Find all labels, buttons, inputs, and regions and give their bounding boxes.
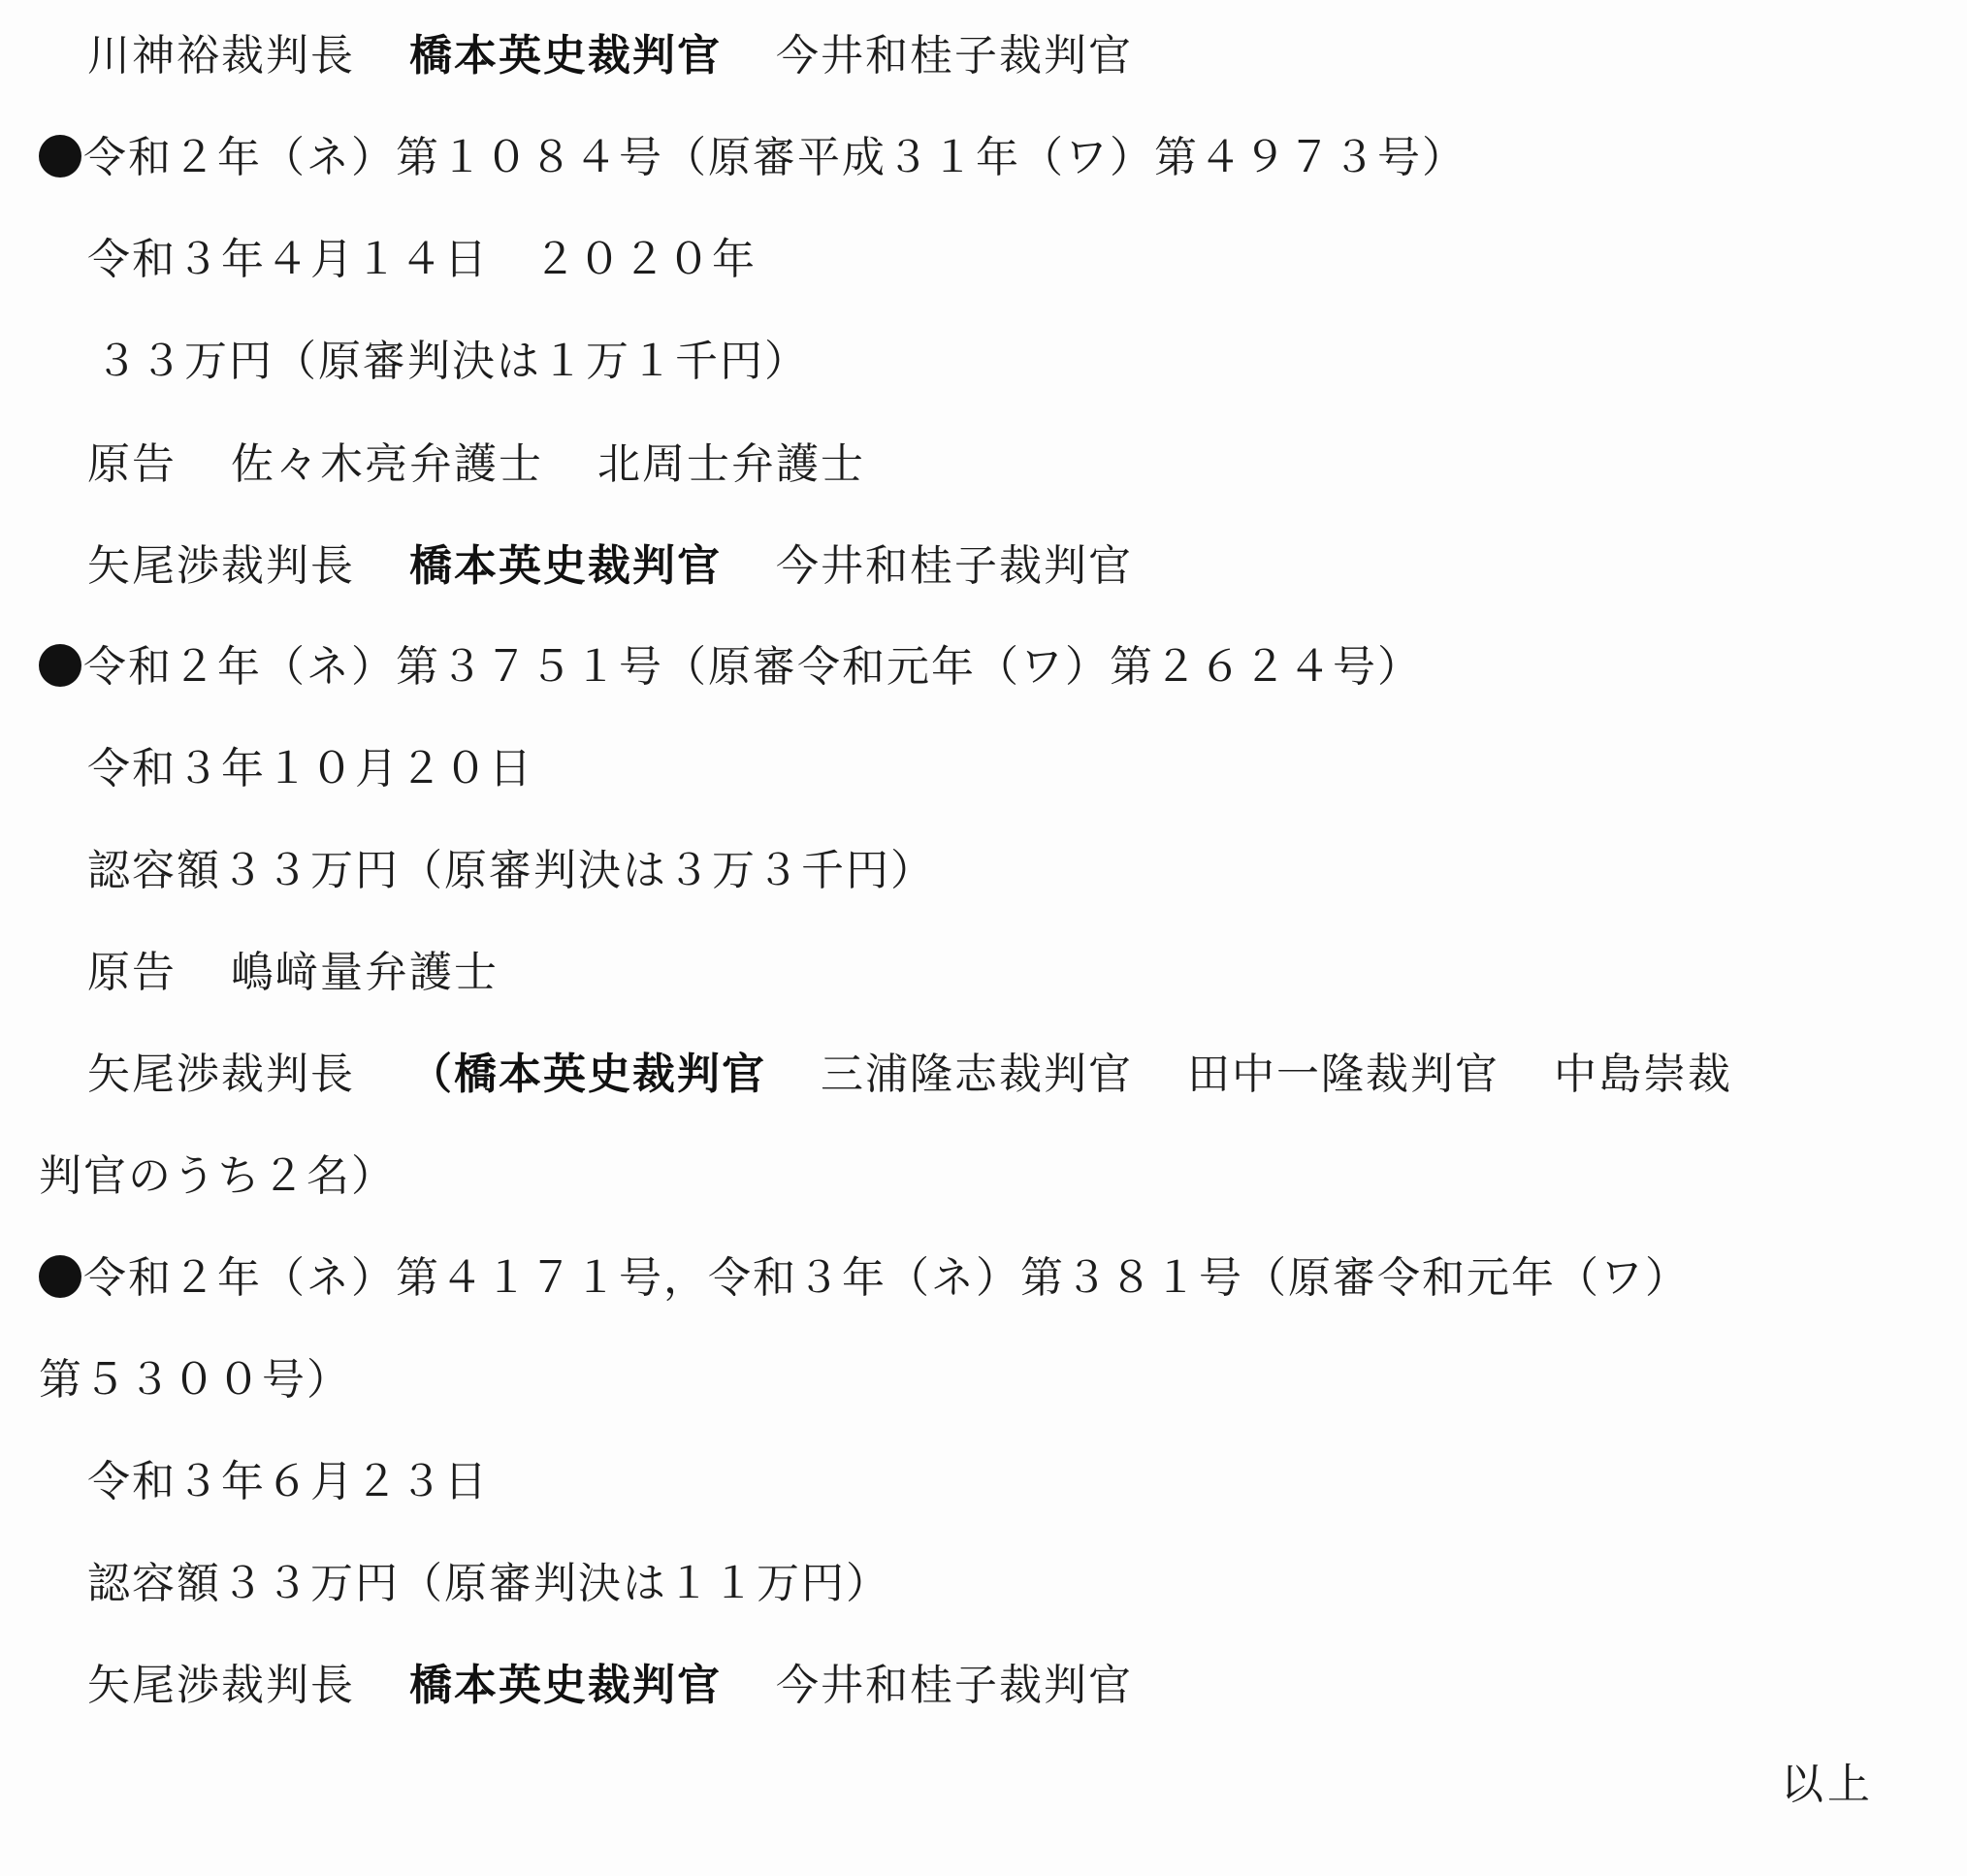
award-amount: 認容額３３万円（原審判決は１１万円） xyxy=(87,1557,890,1611)
bullet-icon xyxy=(39,135,81,178)
associate-judge: 中島崇裁 xyxy=(1554,1050,1732,1099)
associate-judge: 今井和桂子裁判官 xyxy=(776,1661,1133,1710)
plaintiff-counsel-line: 原告嶋﨑量弁護士 xyxy=(87,946,499,1000)
case-number: 令和２年（ネ）第１０８４号（原審平成３１年（ワ）第４９７３号） xyxy=(83,133,1467,182)
document-page: 川神裕裁判長橋本英史裁判官今井和桂子裁判官 令和２年（ネ）第１０８４号（原審平成… xyxy=(0,0,1967,1876)
lawyer-name: 嶋﨑量弁護士 xyxy=(231,948,499,997)
closing-mark: 以上 xyxy=(1781,1758,1874,1812)
bullet-icon xyxy=(39,644,81,687)
associate-judge: 三浦隆志裁判官 xyxy=(821,1050,1133,1099)
judges-line-continuation: 判官のうち２名） xyxy=(39,1149,396,1204)
presiding-judge: 川神裕裁判長 xyxy=(87,31,355,81)
highlighted-judge: 橋本英史裁判官 xyxy=(409,1661,722,1710)
lawyer-name: 佐々木亮弁護士 xyxy=(231,439,543,489)
highlighted-judge: 橋本英史裁判官 xyxy=(409,541,722,591)
plaintiff-label: 原告 xyxy=(87,439,177,489)
associate-judge: 今井和桂子裁判官 xyxy=(776,31,1133,81)
judges-line: 矢尾渉裁判長（橋本英史裁判官三浦隆志裁判官田中一隆裁判官中島崇裁 xyxy=(87,1048,1732,1102)
judges-line: 矢尾渉裁判長橋本英史裁判官今井和桂子裁判官 xyxy=(87,1659,1133,1713)
open-paren: （ xyxy=(409,1050,454,1099)
case-number: 令和２年（ネ）第４１７１号，令和３年（ネ）第３８１号（原審令和元年（ワ） xyxy=(83,1253,1690,1303)
judgment-date: 令和３年４月１４日 ２０２０年 xyxy=(87,233,757,287)
bullet-icon xyxy=(39,1255,81,1298)
case-number: 令和２年（ネ）第３７５１号（原審令和元年（ワ）第２６２４号） xyxy=(83,642,1422,692)
presiding-judge: 矢尾渉裁判長 xyxy=(87,1050,355,1099)
case-number-continuation: 第５３００号） xyxy=(39,1353,351,1407)
case-number-line: 令和２年（ネ）第３７５１号（原審令和元年（ワ）第２６２４号） xyxy=(39,640,1422,695)
plaintiff-label: 原告 xyxy=(87,948,177,997)
presiding-judge: 矢尾渉裁判長 xyxy=(87,1661,355,1710)
case-number-line: 令和２年（ネ）第４１７１号，令和３年（ネ）第３８１号（原審令和元年（ワ） xyxy=(39,1251,1690,1306)
associate-judge: 田中一隆裁判官 xyxy=(1187,1050,1499,1099)
lawyer-name: 北周士弁護士 xyxy=(597,439,865,489)
case-number-line: 令和２年（ネ）第１０８４号（原審平成３１年（ワ）第４９７３号） xyxy=(39,131,1467,185)
judges-line: 川神裕裁判長橋本英史裁判官今井和桂子裁判官 xyxy=(87,29,1133,83)
highlighted-judge: 橋本英史裁判官 xyxy=(454,1050,766,1099)
award-amount: ３３万円（原審判決は１万１千円） xyxy=(95,335,809,389)
judgment-date: 令和３年１０月２０日 xyxy=(87,742,533,796)
highlighted-judge: 橋本英史裁判官 xyxy=(409,31,722,81)
judges-line: 矢尾渉裁判長橋本英史裁判官今井和桂子裁判官 xyxy=(87,539,1133,594)
judgment-date: 令和３年６月２３日 xyxy=(87,1455,489,1509)
plaintiff-counsel-line: 原告佐々木亮弁護士北周士弁護士 xyxy=(87,437,865,492)
associate-judge: 今井和桂子裁判官 xyxy=(776,541,1133,591)
presiding-judge: 矢尾渉裁判長 xyxy=(87,541,355,591)
award-amount: 認容額３３万円（原審判決は３万３千円） xyxy=(87,844,935,898)
